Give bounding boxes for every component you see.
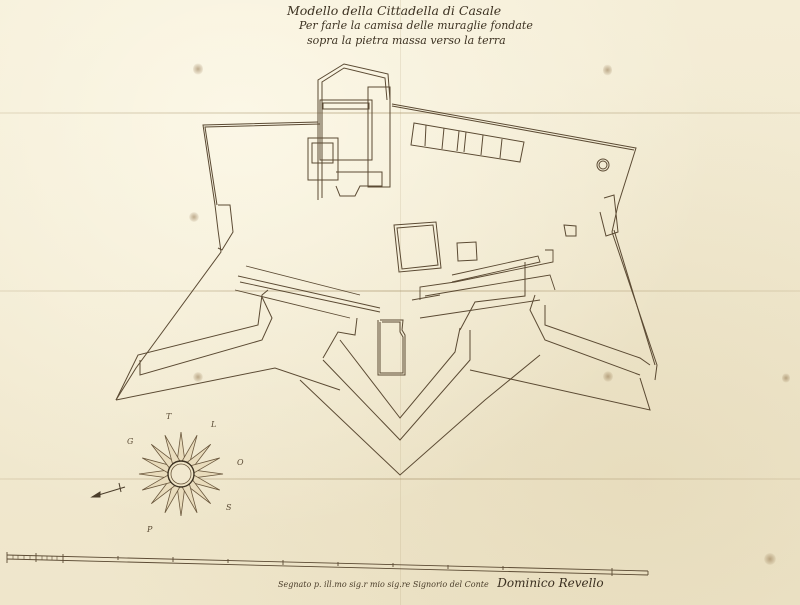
scale-bar: [7, 552, 648, 576]
central-bastion: [300, 318, 540, 475]
compass-rose-icon: [139, 432, 223, 516]
signature-name: Dominico Revello: [497, 576, 603, 590]
map-sheet: Modello della Cittadella di Casale Per f…: [0, 0, 800, 605]
wind-letter: S: [226, 503, 231, 512]
left-bastion: [116, 205, 340, 400]
right-bastion: [460, 195, 650, 410]
north-buildings: [308, 64, 524, 200]
central-structures: [394, 159, 609, 272]
wind-letter: L: [211, 420, 216, 429]
wind-letter: T: [166, 412, 171, 421]
citadel-plan: [0, 0, 800, 605]
wind-letter: P: [147, 525, 152, 534]
internal-galleries: [235, 250, 555, 318]
signature: Segnato p. ill.mo sig.r mio sig.re Signo…: [278, 576, 604, 590]
wind-letter: G: [127, 437, 133, 446]
north-arrow-icon: [92, 483, 125, 497]
wind-letter: O: [237, 458, 244, 467]
signature-prefix: Segnato p. ill.mo sig.r mio sig.re Signo…: [278, 580, 489, 589]
curtain-walls: [116, 104, 657, 400]
